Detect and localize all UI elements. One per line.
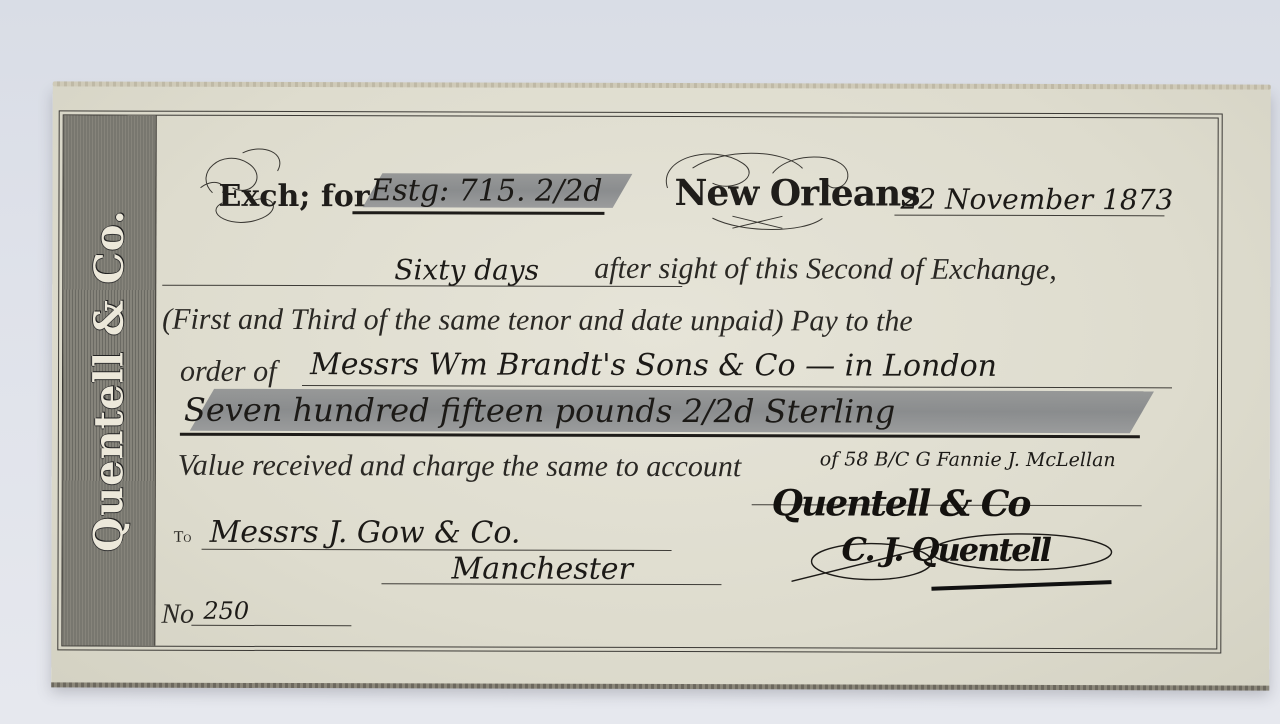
amount-in-words: Seven hundred fifteen pounds 2/2d Sterli… [184,391,895,431]
exch-for-label: Exch; for [218,179,369,214]
signer-signature: C. J. Quentell [842,530,1050,569]
body-line-1: after sight of this Second of Exchange, [594,252,1057,287]
body-line-2: (First and Third of the same tenor and d… [162,303,913,339]
order-of-label: order of [180,355,276,389]
amount-figures: Estg: 715. 2/2d [370,173,602,209]
to-label: To [174,529,192,547]
firm-signature: Quentell & Co [772,482,1030,525]
tenor-days: Sixty days [394,253,539,286]
place-new-orleans: New Orleans [674,172,919,215]
account-reference: of 58 B/C G Fannie J. McLellan [820,448,1116,471]
bill-number: 250 [203,597,249,625]
left-stub-band: Quentell & Co. [62,115,156,645]
payee-name: Messrs Wm Brandt's Sons & Co — in London [310,347,997,384]
bill-of-exchange: Quentell & Co. Exch; for Estg: 715. 2/2d… [51,84,1271,687]
drawee-name: Messrs J. Gow & Co. [210,515,521,551]
drawee-city: Manchester [451,551,632,586]
issue-date: 22 November 1873 [900,183,1173,217]
stub-firm-name: Quentell & Co. [85,209,133,552]
body-line-5: Value received and charge the same to ac… [178,449,742,484]
number-label: No [161,599,194,631]
